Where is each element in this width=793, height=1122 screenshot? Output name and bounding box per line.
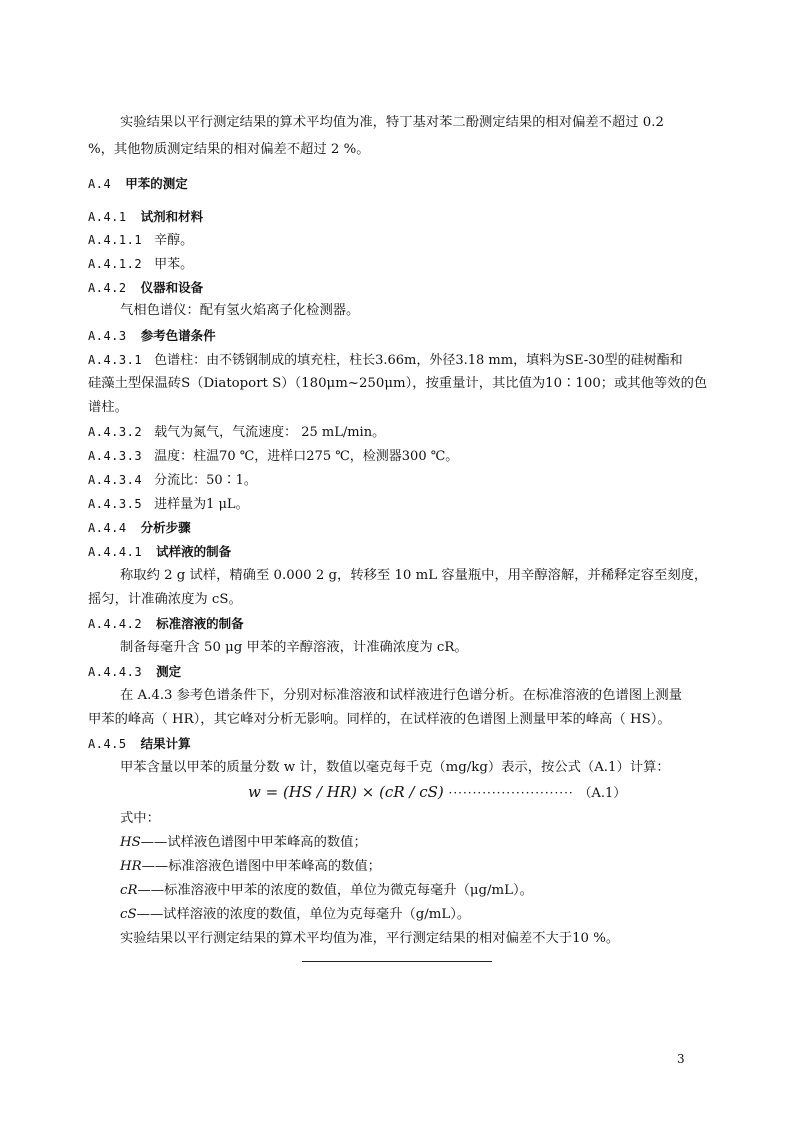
section-a44-heading: A.4.4分析步骤	[88, 519, 191, 537]
section-title: 标准溶液的制备	[156, 616, 244, 631]
section-title: 仪器和设备	[141, 280, 204, 295]
document-page: 实验结果以平行测定结果的算术平均值为准，特丁基对苯二酚测定结果的相对偏差不超过 …	[0, 0, 793, 1122]
a442-text: 制备每毫升含 50 μg 甲苯的辛醇溶液，计准确浓度为 cR。	[120, 639, 468, 657]
section-number: A.4.5	[88, 737, 127, 751]
where-item-cr: cR——标准溶液中甲苯的浓度的数值，单位为微克每毫升（μg/mL）。	[120, 882, 533, 900]
section-title: 结果计算	[141, 736, 191, 751]
formula-reference: （A.1）	[579, 786, 627, 801]
section-number: A.4.4.2	[88, 617, 142, 631]
clause-text: 辛醇。	[154, 233, 193, 248]
clause-text: 温度：柱温70 ℃，进样口275 ℃，检测器300 ℃。	[154, 449, 458, 464]
formula-expression: w = (HS / HR) × (cR / cS)	[248, 783, 444, 801]
section-title: 试样液的制备	[156, 544, 231, 559]
intro-paragraph-line1: 实验结果以平行测定结果的算术平均值为准，特丁基对苯二酚测定结果的相对偏差不超过 …	[120, 114, 664, 132]
section-number: A.4.3	[88, 329, 127, 343]
clause-number: A.4.3.2	[88, 425, 142, 439]
clause-number: A.4.1.2	[88, 257, 142, 271]
clause-a433: A.4.3.3温度：柱温70 ℃，进样口275 ℃，检测器300 ℃。	[88, 447, 458, 466]
a441-text-line2: 摇匀，计准确浓度为 cS。	[88, 591, 242, 609]
clause-text: 分流比：50∶1。	[154, 473, 257, 488]
symbol: HS	[120, 835, 141, 850]
section-a42-heading: A.4.2仪器和设备	[88, 279, 203, 297]
section-number: A.4.4	[88, 521, 127, 535]
clause-number: A.4.3.3	[88, 449, 142, 463]
section-title: 测定	[156, 664, 181, 679]
a443-text-line1: 在 A.4.3 参考色谱条件下，分别对标准溶液和试样液进行色谱分析。在标准溶液的…	[120, 687, 682, 705]
clause-text: 色谱柱：由不锈钢制成的填充柱，柱长3.66m，外径3.18 mm，填料为SE-3…	[154, 353, 683, 368]
section-title: 参考色谱条件	[141, 328, 216, 343]
symbol: HR	[120, 859, 142, 874]
a441-text-line1: 称取约 2 g 试样，精确至 0.000 2 g，转移至 10 mL 容量瓶中，…	[120, 567, 707, 585]
closing-paragraph: 实验结果以平行测定结果的算术平均值为准，平行测定结果的相对偏差不大于10 %。	[120, 930, 619, 948]
clause-number: A.4.3.1	[88, 353, 142, 367]
clause-a435: A.4.3.5进样量为1 μL。	[88, 495, 249, 514]
symbol-description: ——标准溶液色谱图中甲苯峰高的数值；	[142, 859, 381, 874]
section-title: 试剂和材料	[141, 209, 204, 224]
clause-a432: A.4.3.2载气为氮气，气流速度： 25 mL/min。	[88, 423, 385, 442]
section-a43-heading: A.4.3参考色谱条件	[88, 327, 216, 345]
where-item-cs: cS——试样溶液的浓度的数值，单位为克每毫升（g/mL）。	[120, 906, 470, 924]
clause-number: A.4.3.4	[88, 473, 142, 487]
clause-a412: A.4.1.2甲苯。	[88, 255, 193, 274]
end-rule-divider	[302, 961, 492, 962]
formula-leader-dots: ··························	[449, 786, 574, 800]
section-a41-heading: A.4.1试剂和材料	[88, 208, 203, 226]
section-a443-heading: A.4.4.3测定	[88, 663, 181, 681]
where-item-hr: HR——标准溶液色谱图中甲苯峰高的数值；	[120, 858, 381, 876]
symbol: cR	[120, 883, 137, 898]
clause-text: 载气为氮气，气流速度： 25 mL/min。	[154, 425, 385, 440]
clause-a434: A.4.3.4分流比：50∶1。	[88, 471, 257, 490]
a443-text-line2: 甲苯的峰高（ HR），其它峰对分析无影响。同样的，在试样液的色谱图上测量甲苯的峰…	[88, 711, 671, 729]
where-item-hs: HS——试样液色谱图中甲苯峰高的数值；	[120, 834, 367, 852]
section-a4-heading: A.4甲苯的测定	[88, 175, 188, 193]
section-title: 甲苯的测定	[125, 176, 188, 191]
section-a442-heading: A.4.4.2标准溶液的制备	[88, 615, 244, 633]
section-a441-heading: A.4.4.1试样液的制备	[88, 543, 231, 561]
symbol-description: ——试样液色谱图中甲苯峰高的数值；	[141, 835, 367, 850]
a42-text: 气相色谱仪：配有氢火焰离子化检测器。	[120, 302, 359, 320]
symbol-description: ——标准溶液中甲苯的浓度的数值，单位为微克每毫升（μg/mL）。	[137, 883, 532, 898]
symbol-description: ——试样溶液的浓度的数值，单位为克每毫升（g/mL）。	[137, 907, 471, 922]
section-number: A.4.4.3	[88, 665, 142, 679]
intro-paragraph-line2: %，其他物质测定结果的相对偏差不超过 2 %。	[88, 141, 370, 159]
section-number: A.4.4.1	[88, 545, 142, 559]
symbol: cS	[120, 907, 137, 922]
section-a45-heading: A.4.5结果计算	[88, 735, 191, 753]
clause-number: A.4.1.1	[88, 233, 142, 247]
section-number: A.4.2	[88, 281, 127, 295]
page-number: 3	[677, 1052, 685, 1066]
section-number: A.4	[88, 177, 111, 191]
clause-text: 进样量为1 μL。	[154, 497, 249, 512]
section-title: 分析步骤	[141, 520, 191, 535]
clause-a411: A.4.1.1辛醇。	[88, 231, 193, 250]
clause-text: 甲苯。	[154, 257, 193, 272]
formula-a1: w = (HS / HR) × (cR / cS) ··············…	[248, 782, 626, 801]
section-number: A.4.1	[88, 210, 127, 224]
clause-number: A.4.3.5	[88, 497, 142, 511]
clause-a431: A.4.3.1色谱柱：由不锈钢制成的填充柱，柱长3.66m，外径3.18 mm，…	[88, 351, 683, 370]
clause-a431-line2: 硅藻土型保温砖S（Diatoport S）（180μm~250μm），按重量计，…	[88, 375, 707, 393]
where-label: 式中：	[120, 810, 160, 828]
clause-a431-line3: 谱柱。	[88, 399, 128, 417]
a45-text: 甲苯含量以甲苯的质量分数 w 计，数值以毫克每千克（mg/kg）表示，按公式（A…	[120, 759, 670, 777]
